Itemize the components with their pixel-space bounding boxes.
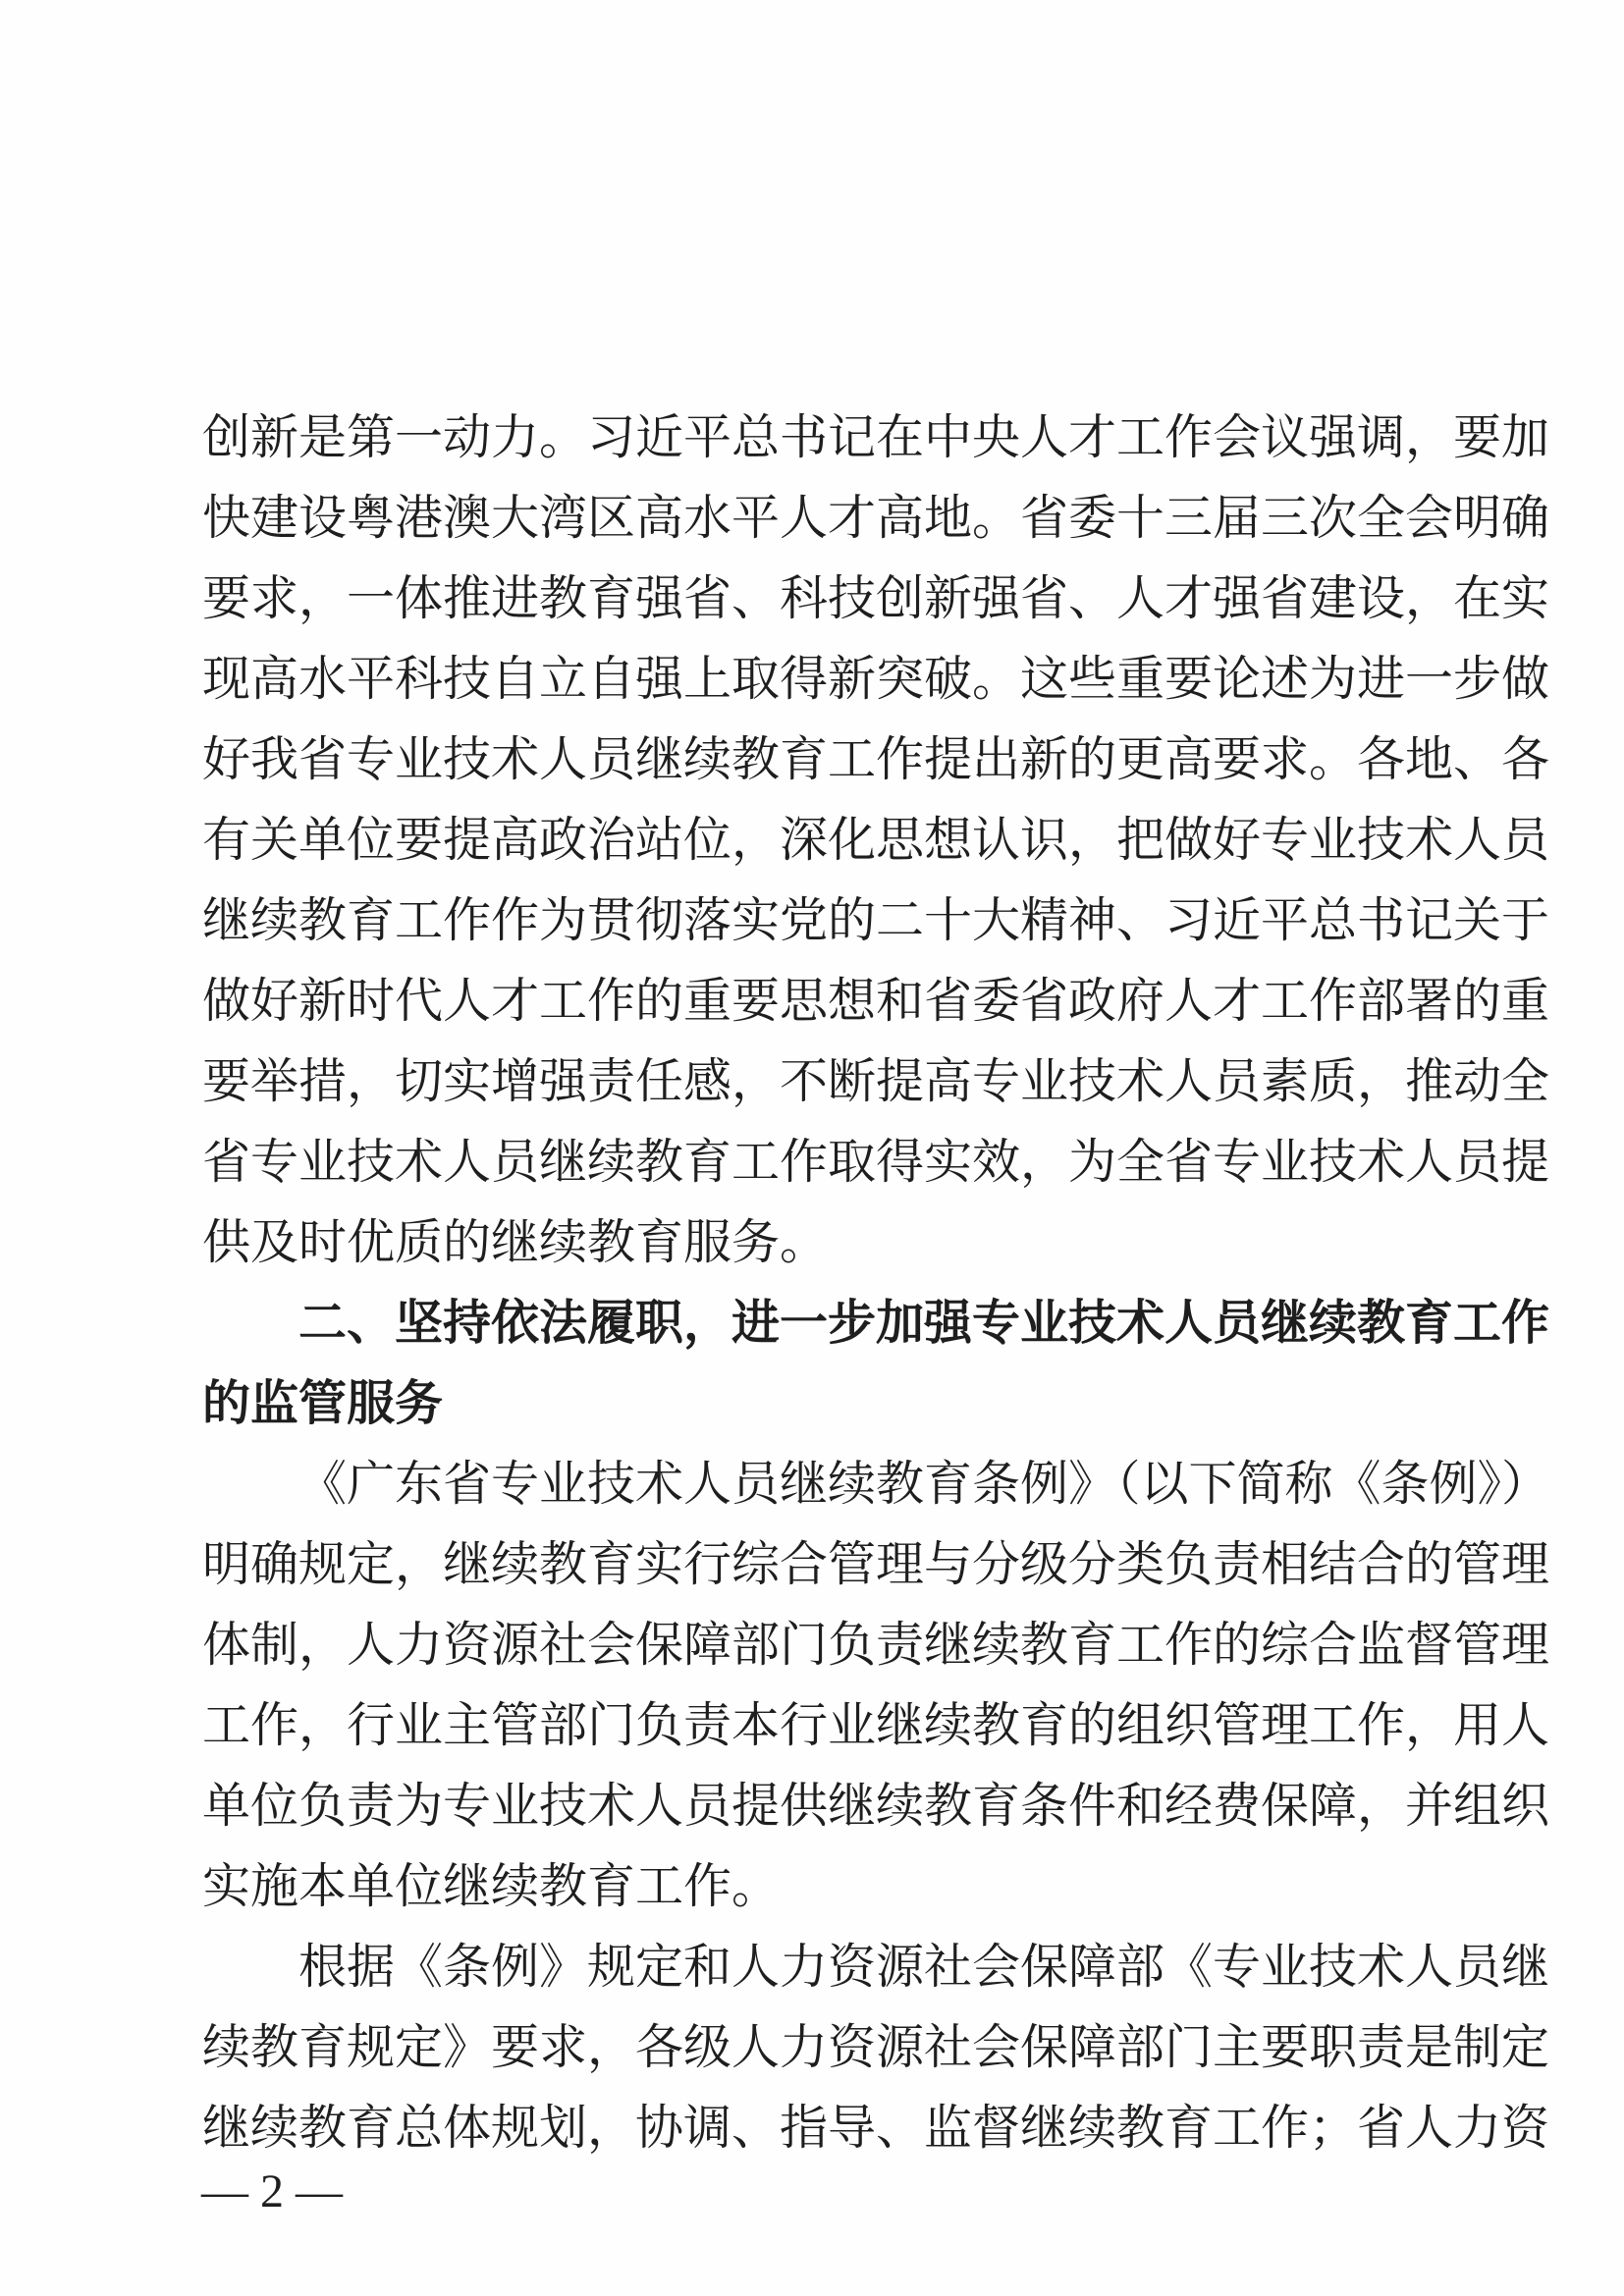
text-line: 要举措，切实增强责任感，不断提高专业技术人员素质，推动全 [202, 1041, 1420, 1122]
text-line: 现高水平科技自立自强上取得新突破。这些重要论述为进一步做 [202, 639, 1420, 720]
text-line: 《广东省专业技术人员继续教育条例》（以下简称《条例》） [202, 1444, 1420, 1524]
text-line: 创新是第一动力。习近平总书记在中央人才工作会议强调，要加 [202, 398, 1420, 478]
document-body: 创新是第一动力。习近平总书记在中央人才工作会议强调，要加 快建设粤港澳大湾区高水… [202, 398, 1420, 2168]
text-line: 续教育规定》要求，各级人力资源社会保障部门主要职责是制定 [202, 2007, 1420, 2088]
text-line: 继续教育工作作为贯彻落实党的二十大精神、习近平总书记关于 [202, 881, 1420, 961]
text-line: 明确规定，继续教育实行综合管理与分级分类负责相结合的管理 [202, 1524, 1420, 1605]
section-heading: 的监管服务 [202, 1363, 1420, 1444]
text-line: 继续教育总体规划，协调、指导、监督继续教育工作；省人力资 [202, 2088, 1420, 2168]
text-line: 好我省专业技术人员继续教育工作提出新的更高要求。各地、各 [202, 720, 1420, 800]
document-page: 创新是第一动力。习近平总书记在中央人才工作会议强调，要加 快建设粤港澳大湾区高水… [0, 0, 1624, 2296]
text-line: 做好新时代人才工作的重要思想和省委省政府人才工作部署的重 [202, 961, 1420, 1041]
text-line: 根据《条例》规定和人力资源社会保障部《专业技术人员继 [202, 1927, 1420, 2007]
text-line: 实施本单位继续教育工作。 [202, 1846, 1420, 1927]
section-heading: 二、坚持依法履职，进一步加强专业技术人员继续教育工作 [202, 1283, 1420, 1363]
text-line: 有关单位要提高政治站位，深化思想认识，把做好专业技术人员 [202, 800, 1420, 881]
text-line: 供及时优质的继续教育服务。 [202, 1202, 1420, 1283]
text-line: 快建设粤港澳大湾区高水平人才高地。省委十三届三次全会明确 [202, 478, 1420, 559]
text-line: 省专业技术人员继续教育工作取得实效，为全省专业技术人员提 [202, 1122, 1420, 1202]
text-line: 工作，行业主管部门负责本行业继续教育的组织管理工作，用人 [202, 1685, 1420, 1766]
page-number: — 2 — [201, 2163, 343, 2221]
text-line: 体制，人力资源社会保障部门负责继续教育工作的综合监督管理 [202, 1605, 1420, 1685]
text-line: 单位负责为专业技术人员提供继续教育条件和经费保障，并组织 [202, 1766, 1420, 1846]
text-line: 要求，一体推进教育强省、科技创新强省、人才强省建设，在实 [202, 559, 1420, 639]
